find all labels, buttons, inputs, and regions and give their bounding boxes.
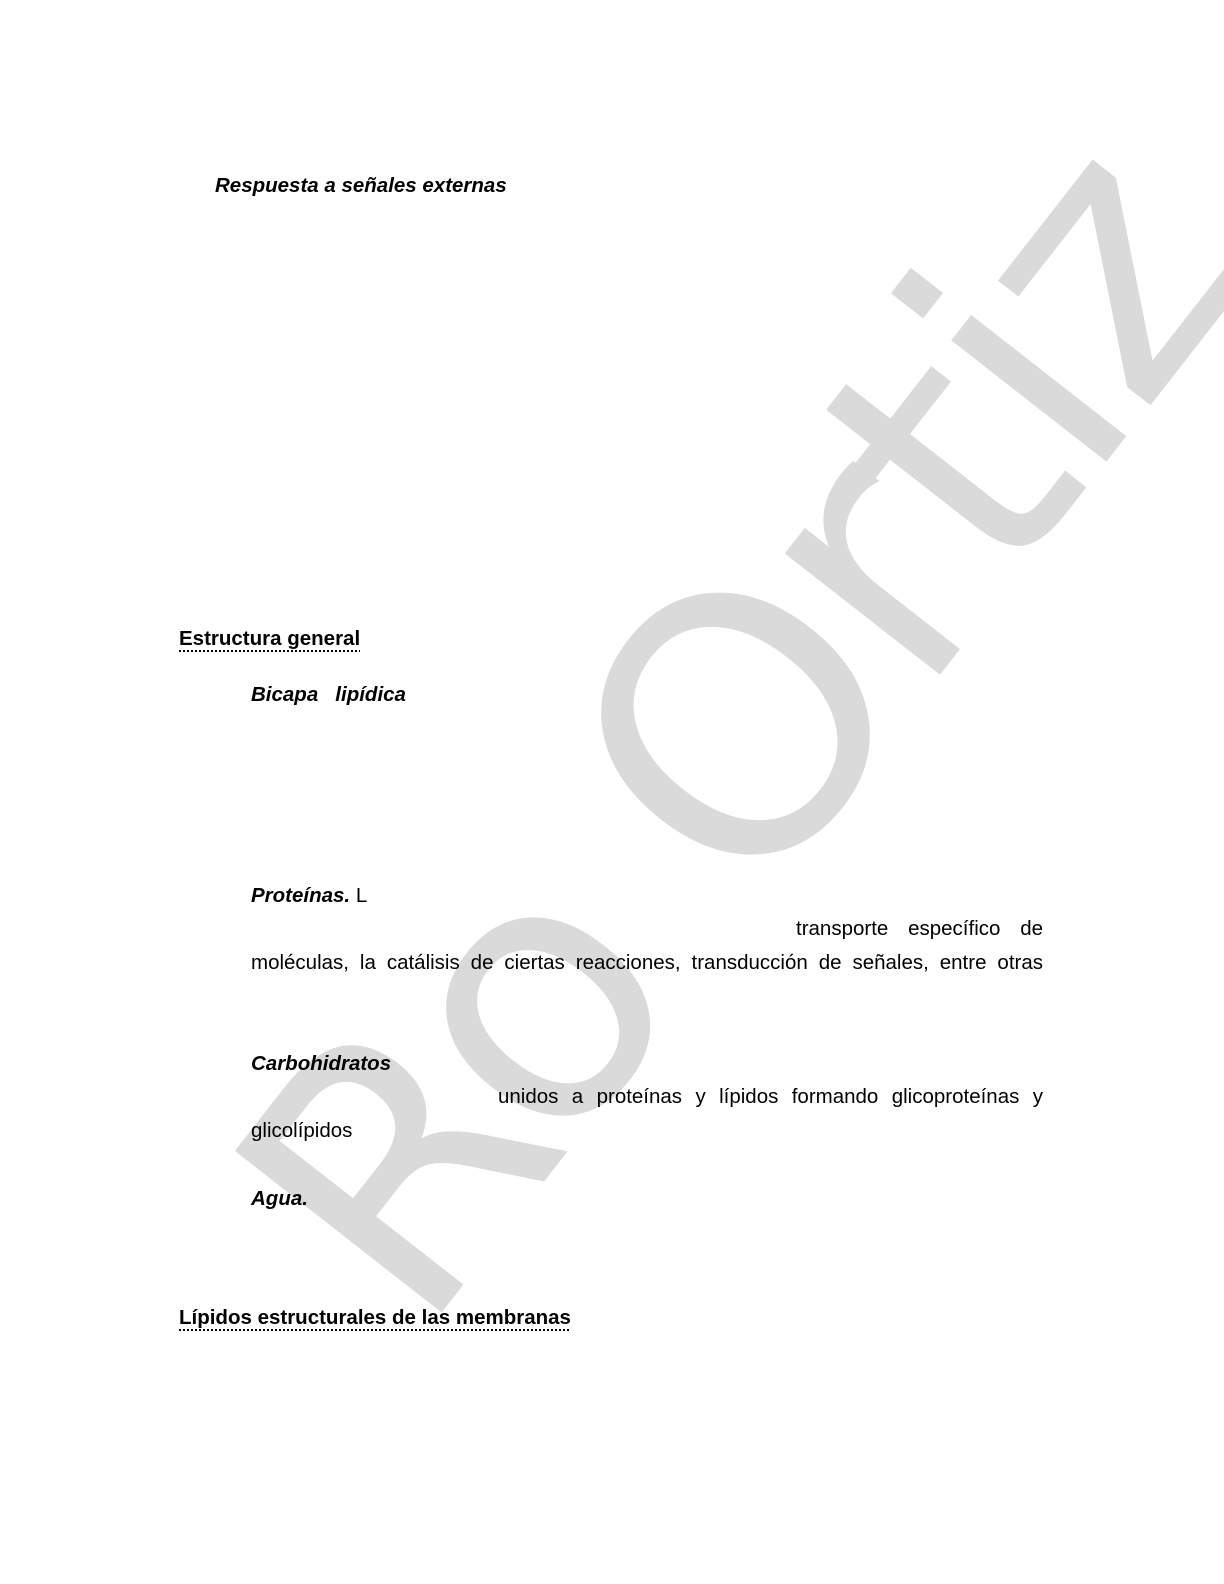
proteinas-line-2: transporte específico de [796, 919, 1043, 940]
carbohidratos-line-2: unidos a proteínas y lípidos formando gl… [498, 1087, 1043, 1108]
item-carbohidratos-label: Carbohidratos [251, 1054, 391, 1075]
paragraph-proteinas: Proteínas. L [251, 886, 367, 907]
subheading-respuesta-senales: Respuesta a señales externas [215, 176, 507, 197]
heading-lipidos-estructurales: Lípidos estructurales de las membranas [179, 1308, 571, 1329]
proteinas-line-3: moléculas, la catálisis de ciertas reacc… [251, 953, 1043, 974]
carbohidratos-line-3: glicolípidos [251, 1121, 352, 1142]
heading-estructura-general: Estructura general [179, 629, 360, 650]
watermark: Ro Ortiz [180, 365, 1079, 1375]
item-bicapa-lipidica: Bicapa lipídica [251, 685, 406, 706]
proteinas-lead-text: L [356, 884, 367, 907]
item-proteinas-label: Proteínas. [251, 884, 350, 907]
item-agua-label: Agua. [251, 1189, 308, 1210]
